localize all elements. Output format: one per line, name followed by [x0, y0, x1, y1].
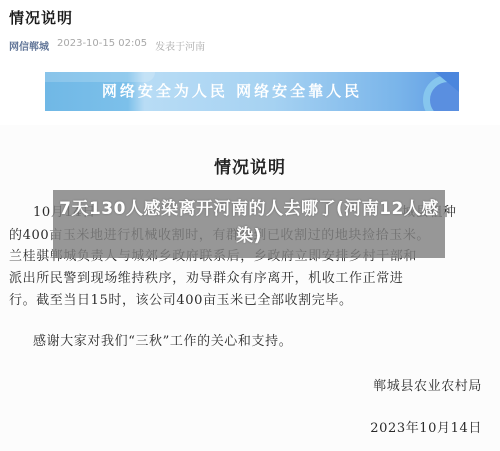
publish-location: 发表于河南: [155, 38, 205, 53]
banner-triangle-decoration: [435, 72, 459, 92]
cyber-security-banner: 网络安全为人民 网络安全靠人民: [45, 72, 459, 111]
document-line: 行。截至当日15时，该公司400亩玉米已全部收割完毕。: [9, 289, 353, 308]
document-line: 派出所民警到现场维持秩序，劝导群众有序离开，机收工作正常进: [9, 267, 403, 286]
banner-slogan: 网络安全为人民 网络安全靠人民: [45, 72, 419, 111]
document-line: 感谢大家对我们“三秋”工作的关心和支持。: [33, 330, 292, 349]
document-date: 2023年10月14日: [370, 417, 482, 436]
document-title: 情况说明: [0, 153, 500, 178]
document-signature: 郸城县农业农村局: [373, 375, 482, 394]
article-meta: 网信郸城 2023-10-15 02:05 发表于河南: [9, 38, 205, 53]
publish-timestamp: 2023-10-15 02:05: [57, 38, 147, 53]
article-header: 情况说明 网信郸城 2023-10-15 02:05 发表于河南: [0, 0, 500, 60]
headline-overlay: 7天130人感染离开河南的人去哪了(河南12人感染): [53, 190, 445, 258]
article-title: 情况说明: [9, 7, 73, 28]
overlay-headline: 7天130人感染离开河南的人去哪了(河南12人感染): [53, 196, 445, 250]
notice-document-image: 情况说明 10月14日 城县租种 的400亩玉米地进行机械收割时，有群众到已收割…: [0, 125, 500, 451]
source-account-link[interactable]: 网信郸城: [9, 38, 49, 53]
